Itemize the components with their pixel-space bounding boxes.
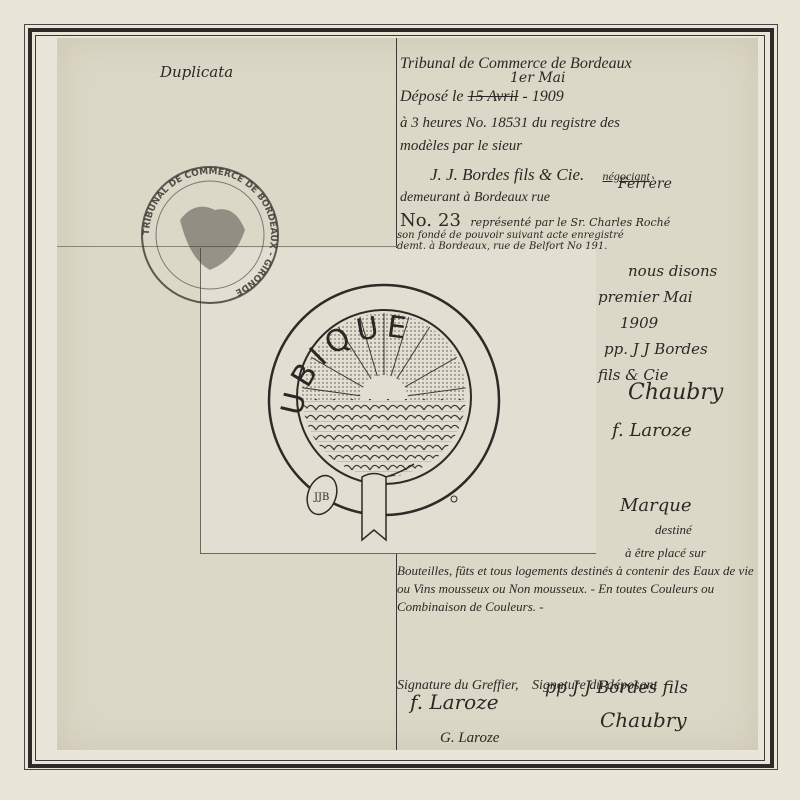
monogram-text: JJB xyxy=(313,492,329,503)
ubique-emblem: UBIQUE JJB xyxy=(262,262,502,562)
inserted-date: 1er Mai xyxy=(510,70,566,86)
representative-line: No.23 représenté par le Sr. Charles Roch… xyxy=(400,210,670,231)
clerk-name: G. Laroze xyxy=(440,730,499,747)
etre-place-label: à être placé sur xyxy=(625,545,706,561)
deposit-date-line: Déposé le 15 Avril - 1909 1er Mai xyxy=(400,88,564,106)
struck-date: 15 Avril xyxy=(468,88,519,105)
time-label: heures xyxy=(423,115,462,131)
annotation-line: 1909 xyxy=(598,310,768,336)
time-prefix: à xyxy=(400,115,408,131)
registry-number: 18531 xyxy=(491,115,529,131)
models-label: modèles par le sieur xyxy=(400,138,522,155)
margin-number-top: 1497 xyxy=(0,100,2,174)
represented-by: représenté par le Sr. Charles Roché xyxy=(470,216,670,229)
depositor-line: J. J. Bordes fils & Cie. négociant xyxy=(430,165,650,185)
proxy-address: demt. à Bordeaux, rue de Belfort No 191. xyxy=(397,241,624,252)
deposit-year: 1909 xyxy=(532,88,564,105)
margin-number-bottom: 109 xyxy=(0,520,2,576)
annotation-line: premier Mai xyxy=(598,284,768,310)
depositor-signature: pp J J Bordes fils xyxy=(545,678,688,698)
street-name: Ferrère xyxy=(618,176,672,192)
marque-label: Marque xyxy=(620,495,692,516)
deposited-label: Déposé le xyxy=(400,88,464,105)
duplicate-mark: Duplicata xyxy=(160,63,233,81)
usage-description: Bouteilles, fûts et tous logements desti… xyxy=(397,562,767,616)
clerk-signature: f. Laroze xyxy=(410,690,499,714)
depositor-name: J. J. Bordes fils & Cie. xyxy=(430,165,584,184)
residence-label: demeurant à Bordeaux rue xyxy=(400,190,550,205)
time-hour: 3 xyxy=(411,115,419,131)
street-number-label: No. xyxy=(400,210,432,231)
time-number-line: à 3 heures No. 18531 du registre des xyxy=(400,115,620,132)
residence-line: demeurant à Bordeaux rue Ferrère xyxy=(400,190,550,206)
proxy-line: son fondé de pouvoir suivant acte enregi… xyxy=(397,230,624,241)
side-annotation: nous disons premier Mai 1909 pp. J J Bor… xyxy=(598,258,768,388)
depositor-signature-2: Chaubry xyxy=(600,708,687,732)
annotation-initials: f. Laroze xyxy=(612,420,692,441)
proxy-lines: son fondé de pouvoir suivant acte enregi… xyxy=(397,230,624,252)
annotation-signature: Chaubry xyxy=(628,380,723,405)
number-label: No. xyxy=(466,115,487,131)
destine-label: destiné xyxy=(655,522,692,538)
annotation-line: pp. J J Bordes xyxy=(598,336,768,362)
registry-suffix: du registre des xyxy=(532,115,620,131)
street-number: 23 xyxy=(438,210,461,231)
annotation-line: nous disons xyxy=(598,258,768,284)
